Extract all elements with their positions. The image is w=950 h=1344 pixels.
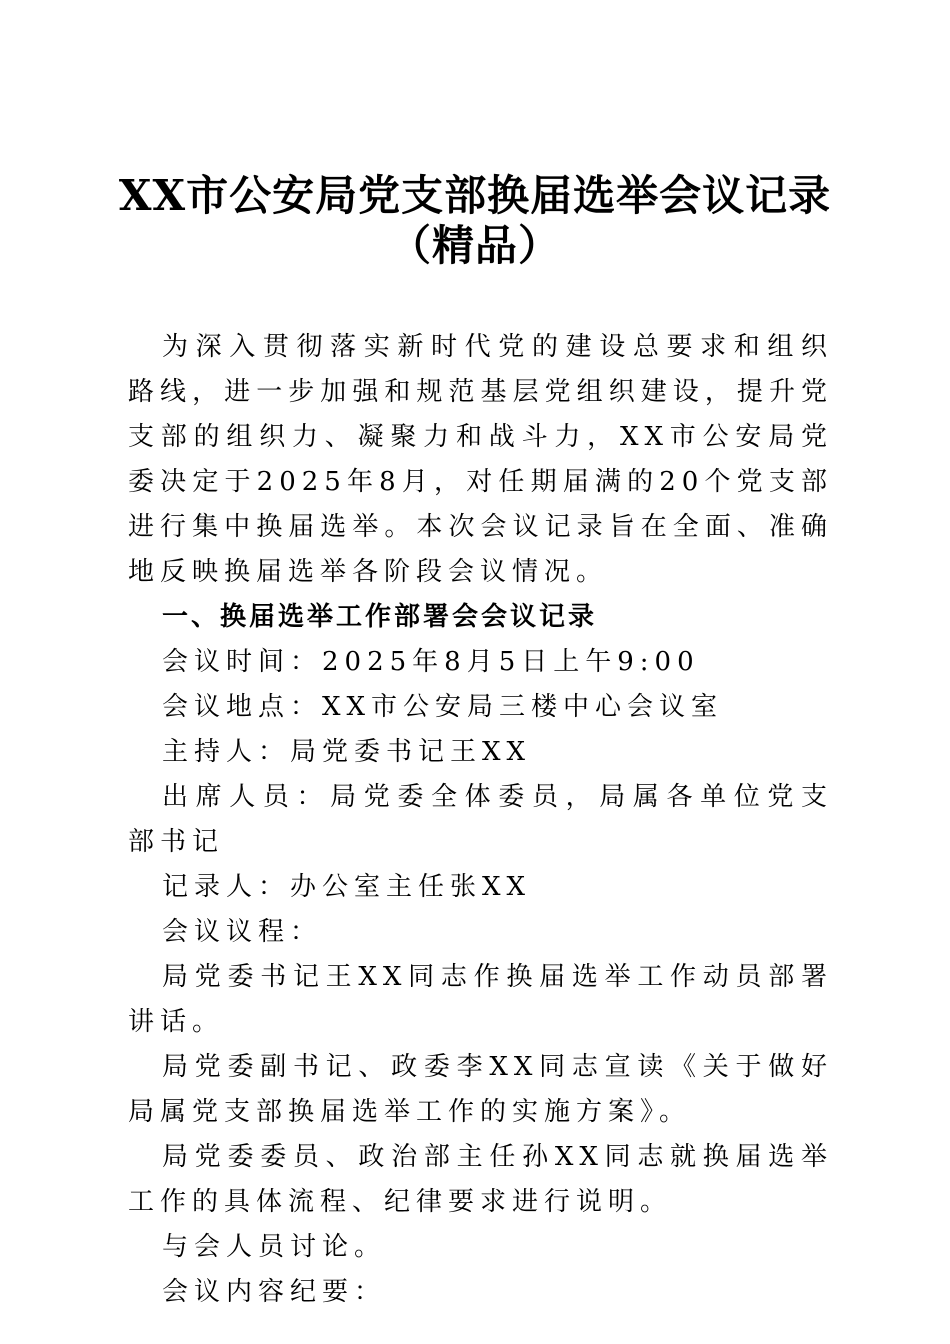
section-heading: 一、换届选举工作部署会会议记录 <box>128 595 833 640</box>
document-page: XX市公安局党支部换届选举会议记录 （精品） 为深入贯彻落实新时代党的建设总要求… <box>0 0 950 1344</box>
document-subtitle: （精品） <box>0 220 950 272</box>
summary-label: 会议内容纪要： <box>128 1270 833 1315</box>
agenda-item: 局党委副书记、政委李XX同志宣读《关于做好局属党支部换届选举工作的实施方案》。 <box>128 1045 833 1135</box>
agenda-item: 局党委书记王XX同志作换届选举工作动员部署讲话。 <box>128 955 833 1045</box>
meeting-attendees: 出席人员：局党委全体委员，局属各单位党支部书记 <box>128 775 833 865</box>
agenda-item: 局党委委员、政治部主任孙XX同志就换届选举工作的具体流程、纪律要求进行说明。 <box>128 1135 833 1225</box>
agenda-label: 会议议程： <box>128 910 833 955</box>
intro-paragraph: 为深入贯彻落实新时代党的建设总要求和组织路线，进一步加强和规范基层党组织建设，提… <box>128 325 833 595</box>
meeting-location: 会议地点：XX市公安局三楼中心会议室 <box>128 685 833 730</box>
document-body: 为深入贯彻落实新时代党的建设总要求和组织路线，进一步加强和规范基层党组织建设，提… <box>128 325 833 1315</box>
meeting-time: 会议时间：2025年8月5日上午9:00 <box>128 640 833 685</box>
agenda-item: 与会人员讨论。 <box>128 1225 833 1270</box>
meeting-host: 主持人：局党委书记王XX <box>128 730 833 775</box>
document-title: XX市公安局党支部换届选举会议记录 <box>0 170 950 222</box>
meeting-recorder: 记录人：办公室主任张XX <box>128 865 833 910</box>
